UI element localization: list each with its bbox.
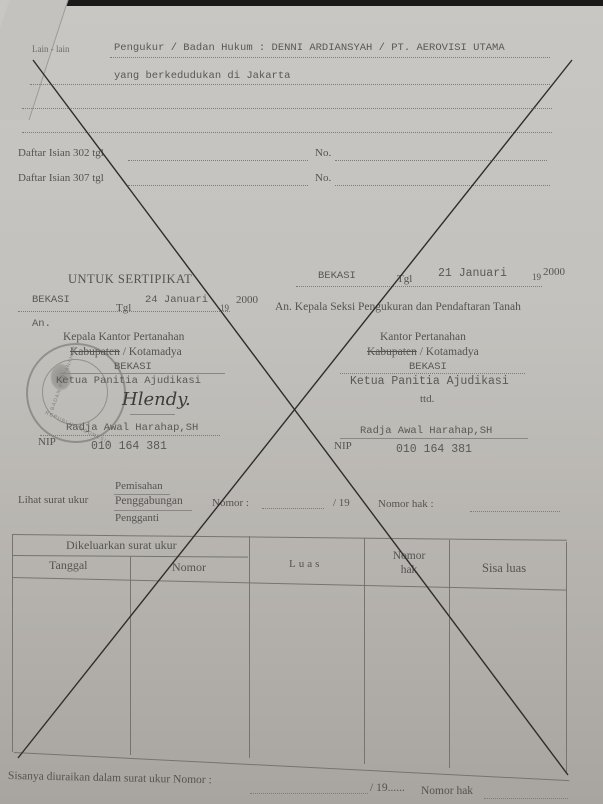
table-col-tanggal: Tanggal [49,558,87,573]
right-ttd: ttd. [420,393,434,405]
top-shadow [55,0,603,6]
table-col-border-1 [130,556,131,755]
lihat-surat-ukur-label: Lihat surat ukur [18,494,88,506]
header-dotline-2 [30,84,550,85]
footer-year-label: / 19...... [370,782,405,794]
right-nip: 010 164 381 [396,443,472,456]
lihat-nomor-hak-line [470,511,560,512]
header-dotline-4 [22,132,552,133]
left-role: Ketua Panitia Ajudikasi [56,375,201,387]
footer-nomor-hak-label: Nomor hak [421,785,473,797]
daftar-isian-307-date-line [128,185,308,186]
document-page: Lain - lain Pengukur / Badan Hukum : DEN… [0,0,603,804]
table-header-bottom [12,577,567,591]
lihat-nomor-line [262,508,324,509]
daftar-isian-302-no-line [335,160,547,161]
footer-nomor-hak-line [484,798,568,799]
header-dotline-3 [22,108,552,109]
right-nip-label: NIP [334,440,352,452]
left-name: Radja Awal Harahap,SH [66,422,198,434]
header-label-prefix: Lain - lain [32,44,70,54]
right-tgl-label: Tgl [397,273,412,285]
right-place: BEKASI [318,270,356,282]
right-an-label: An. Kepala Seksi Pengukuran dan Pendafta… [275,301,521,313]
option-divider-2 [114,510,192,511]
right-year-prefix: 19 [532,272,541,282]
table-col-nomor: Nomor [172,560,206,575]
table-group-header: Dikeluarkan surat ukur [66,538,177,553]
left-office-line2: Kabupaten / Kotamadya [70,346,182,358]
left-date-line [18,311,230,312]
daftar-isian-307-no-line [335,185,550,186]
table-col-border-0 [12,534,13,752]
daftar-isian-302-label: Daftar Isian 302 tgl [18,147,104,159]
table-col-sisa-luas: Sisa luas [482,561,526,576]
right-date-line [296,286,542,287]
left-nip: 010 164 381 [91,440,167,453]
left-name-line [40,435,220,436]
lihat-nomor-label: Nomor : [212,497,249,509]
header-line-2: yang berkedudukan di Jakarta [114,70,290,82]
header-dotline-1 [110,57,550,58]
right-kabupaten-struck: Kabupaten [367,346,417,358]
left-kabupaten-struck: Kabupaten [70,346,120,358]
left-place: BEKASI [32,294,70,306]
right-role: Ketua Panitia Ajudikasi [350,375,509,388]
left-tgl-label: Tgl [116,302,131,314]
left-kotamadya: / Kotamadya [120,346,182,358]
right-name: Radja Awal Harahap,SH [360,425,492,437]
option-pemisahan: Pemisahan [115,480,163,492]
right-office-line2: Kabupaten / Kotamadya [367,346,479,358]
left-nip-label: NIP [38,436,56,448]
table-col-luas: Luas [289,558,322,570]
left-an-label: An. [32,318,51,330]
signature-underline [130,414,175,415]
right-office-line1: Kantor Pertanahan [380,331,466,343]
right-city: BEKASI [409,361,447,373]
lihat-year-label: / 19 [333,497,350,509]
footer-text: Sisanya diuraikan dalam surat ukur Nomor… [8,770,212,786]
lihat-nomor-hak-label: Nomor hak : [378,498,434,510]
table-col-nomor-hak: Nomor hak [389,549,429,577]
option-penggabungan: Penggabungan [115,495,183,507]
right-city-line [340,373,525,374]
left-office-line1: Kepala Kantor Pertanahan [63,331,184,343]
table-col-border-3 [364,538,365,764]
previous-page-edge [0,0,68,120]
left-year: 2000 [236,294,258,306]
table-col-border-4 [449,540,450,768]
table-col-border-2 [249,536,250,758]
daftar-isian-302-date-line [128,160,308,161]
table-col-border-5 [566,542,567,772]
right-year: 2000 [543,266,565,278]
option-pengganti: Pengganti [115,512,159,524]
daftar-isian-302-no-label: No. [315,147,331,159]
left-signature: Hlendy. [122,389,191,410]
footer-nomor-line [250,793,368,794]
left-city: BEKASI [114,361,152,373]
right-name-line [340,438,528,439]
header-line-1: Pengukur / Badan Hukum : DENNI ARDIANSYA… [114,42,505,54]
daftar-isian-307-label: Daftar Isian 307 tgl [18,172,104,184]
right-date: 21 Januari [438,267,507,280]
left-city-line [60,373,225,374]
daftar-isian-307-no-label: No. [315,172,331,184]
right-kotamadya: / Kotamadya [417,346,479,358]
left-date: 24 Januari [145,294,208,306]
untuk-sertipikat-title: UNTUK SERTIPIKAT [68,272,192,287]
